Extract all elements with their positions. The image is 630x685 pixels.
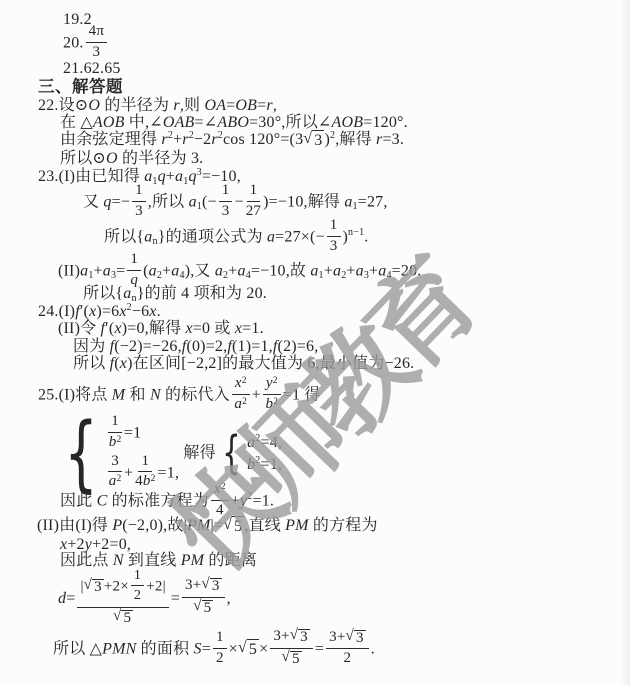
q23-line-3: 所以{an}的通项公式为 a=27×(−13)n−1. bbox=[104, 219, 368, 257]
scanned-answer-page: 快师教育 19.220.4π321.62.65三、解答题22.设⊙O 的半径为 … bbox=[0, 0, 630, 685]
q25-distance: d=|√3+2×12+2|√5=3+√3√5, bbox=[58, 570, 231, 628]
scan-edge-shadow bbox=[620, 0, 630, 685]
q24-line-4: 所以 f(x)在区间[−2,2]的最大值为 6,最小值为−26. bbox=[73, 354, 414, 373]
q25-line-3: (II)由(I)得 P(−2,0),故|PM|=√5,直线 PM 的方程为 bbox=[37, 516, 378, 536]
section-3-heading: 三、解答题 bbox=[38, 77, 123, 97]
q23-line-5: 所以{an}的前 4 项和为 20. bbox=[83, 284, 267, 303]
answer-21: 21.62.65 bbox=[63, 59, 121, 78]
answer-20: 20.4π3 bbox=[63, 25, 109, 63]
q24-line-2: (II)令 f′(x)=0,解得 x=0 或 x=1. bbox=[58, 319, 264, 338]
q25-system: {1b2=13a2+14b2=1, 解得 {a2=4,b2=1, bbox=[60, 413, 282, 494]
q22-line-3: 由余弦定理得 r2+r2−2r2cos 120°=(3√3)2,解得 r=3. bbox=[60, 130, 404, 150]
q25-line-2: 因此 C 的标准方程为x24+y2=1. bbox=[60, 483, 274, 521]
q25-area: 所以 △PMN 的面积 S=12×√5×3+√3√5=3+√32. bbox=[53, 630, 375, 670]
q22-line-4: 所以⊙O 的半径为 3. bbox=[60, 149, 203, 168]
q23-line-2: 又 q=−13,所以 a1(−13−127)=−10,解得 a1=27, bbox=[83, 184, 388, 222]
